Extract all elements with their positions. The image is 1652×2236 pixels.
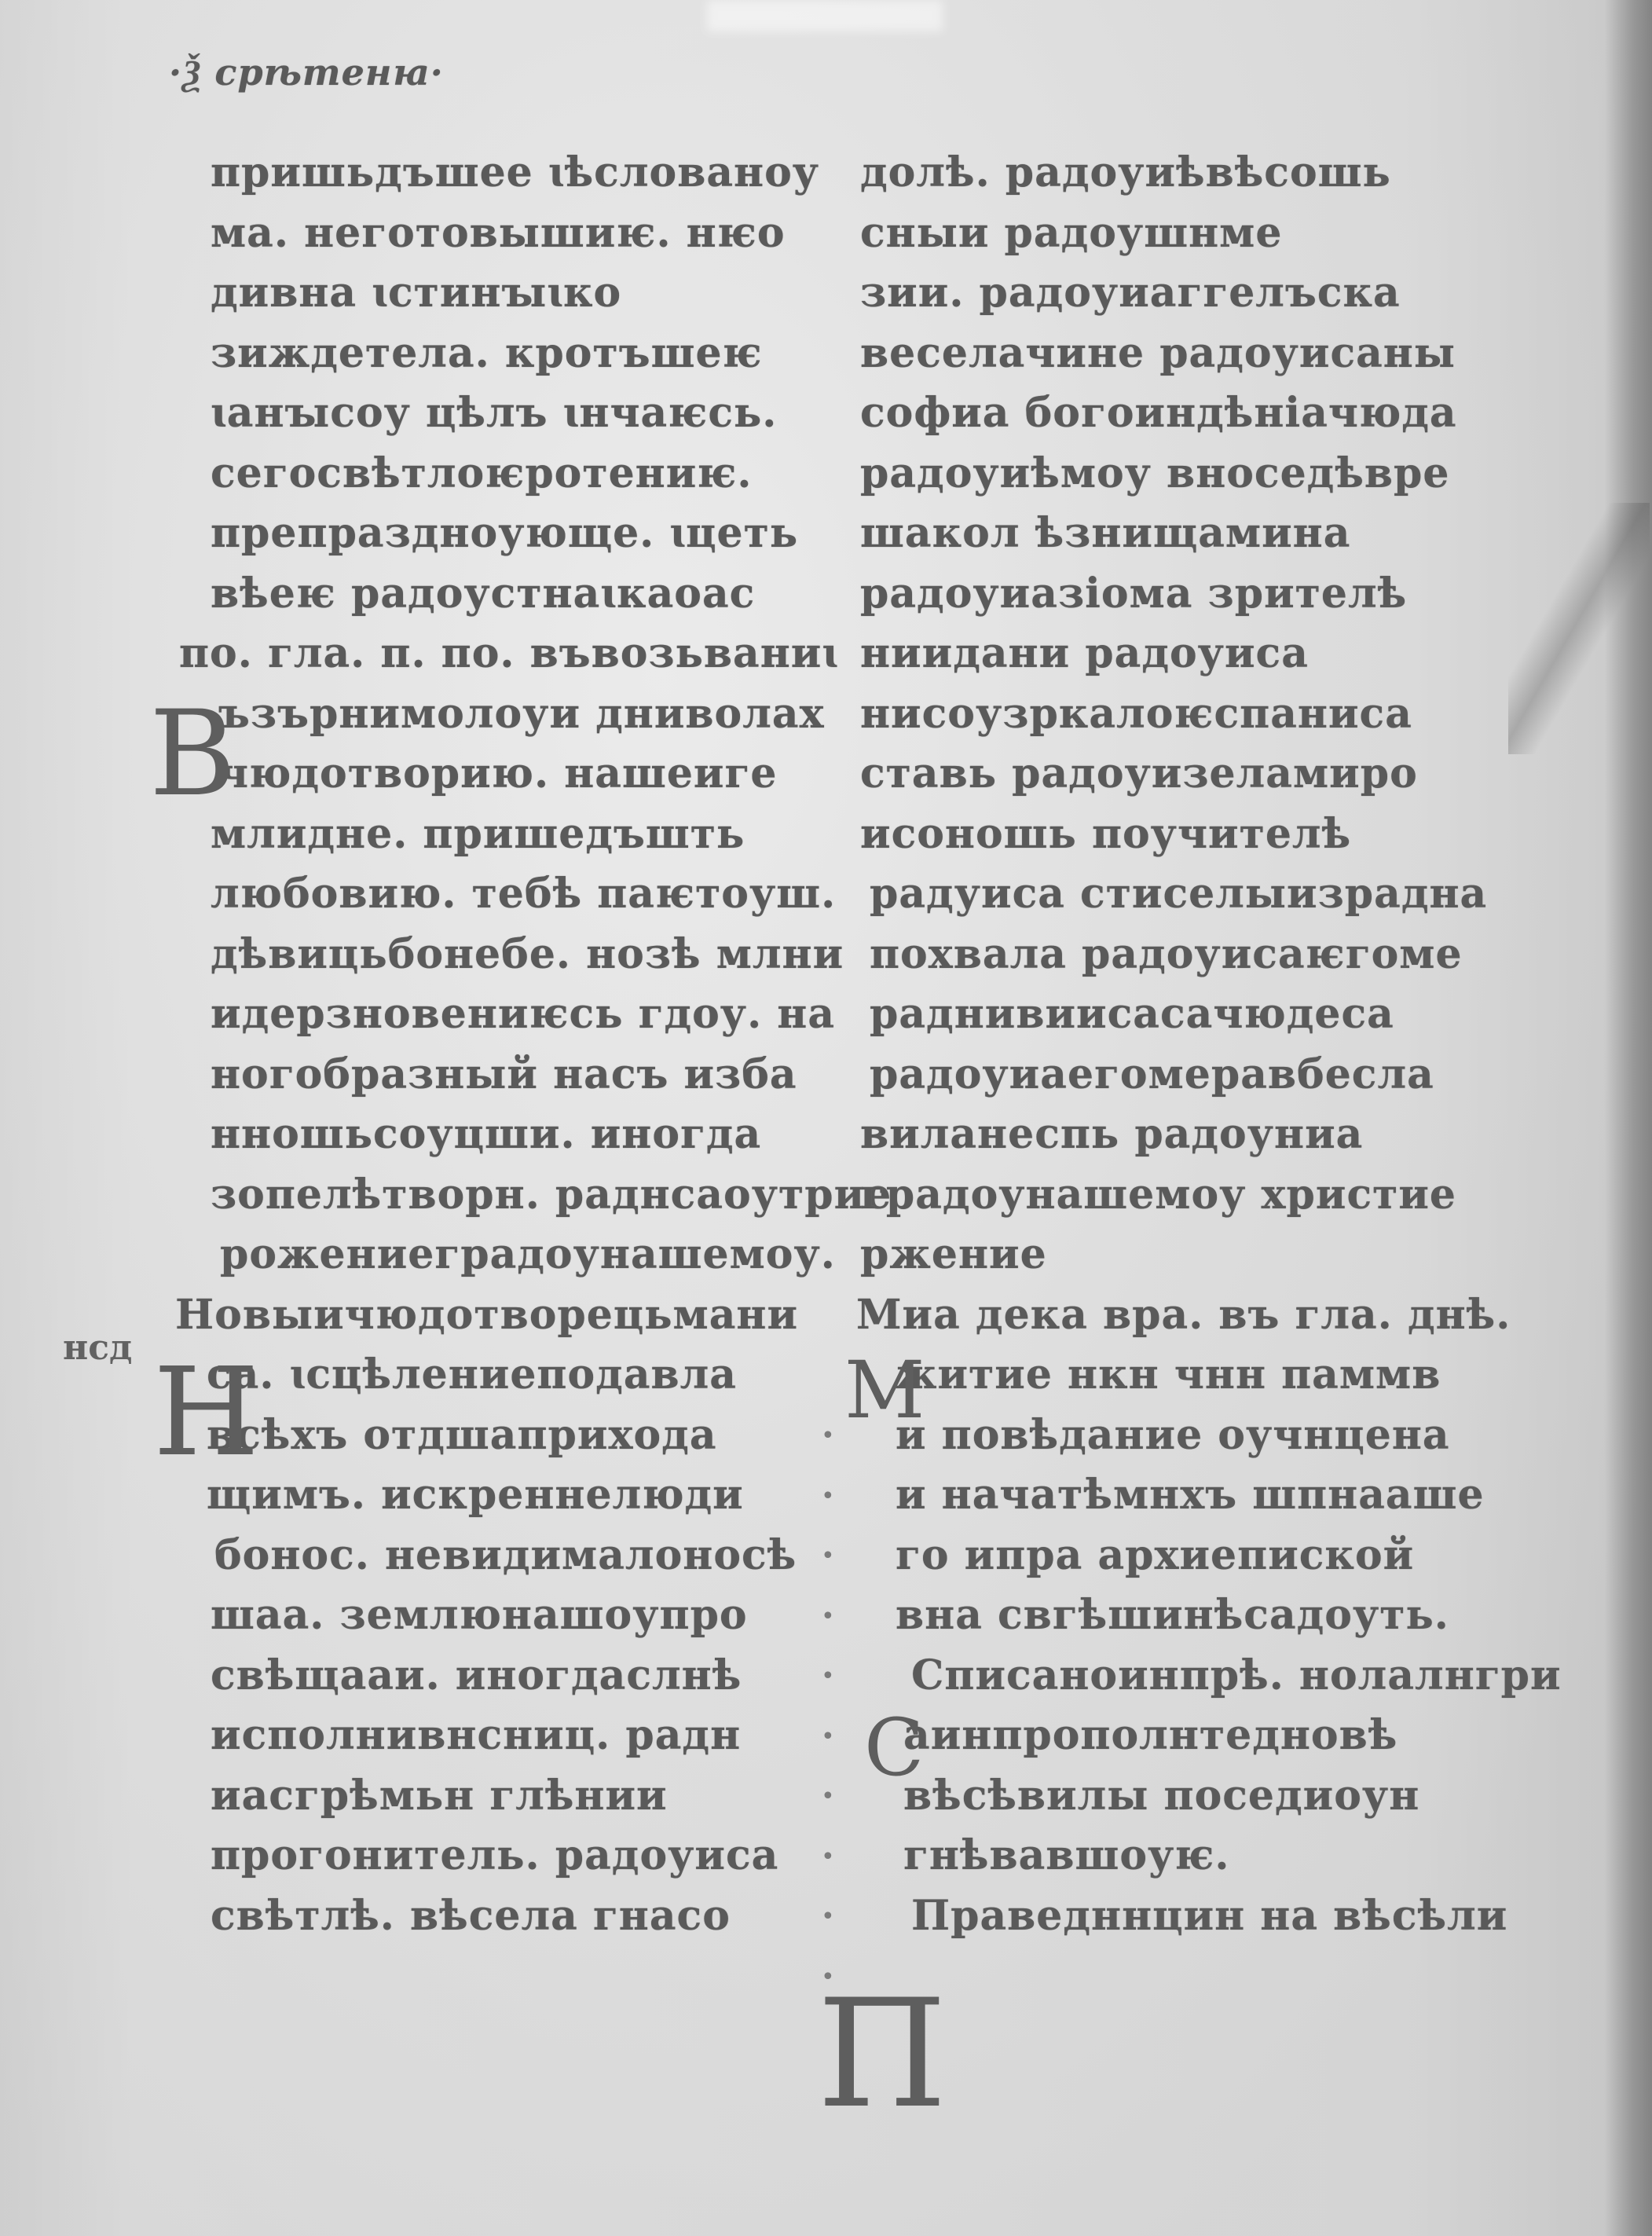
text-line: бонос. невидималоносѣ [214,1526,892,1586]
text-line: нисоузркалоѥспаниса [860,684,1562,745]
gutter-dot: • [821,1948,835,2008]
text-line: дѣвицьбонебе. нозѣ млни [211,925,892,985]
text-line: гнѣвавшоуѥ. [903,1826,1562,1886]
text-line: Миа дека вра. въ гла. днѣ. [856,1285,1562,1346]
text-line: Новыичюдотворецьмани [175,1285,892,1346]
text-line: чюдотворию. нашеиге [218,744,892,805]
drop-cap-initial: В [149,695,236,813]
text-line: шакол ѣзнищамина [860,504,1562,564]
text-line: ма. неготовышиѥ. нѥо [211,203,892,264]
gutter-dot: • [821,1707,835,1768]
text-line: ржение [860,1225,1562,1285]
text-line: ꙇанꙑсоу цѣлъ ꙇнчаѥсь. [211,383,892,444]
text-line: зопелѣтворн. раднсаоутрие [211,1165,892,1226]
manuscript-page: ·Ѯ срѣтенꙗ· пришьдъшее ꙇѣслованоу ма. не… [0,0,1652,2236]
text-line: и начатѣмнхъ шпнааше [896,1465,1562,1526]
drop-cap-initial: П [817,1980,947,2129]
text-line: софиа богоиндѣнiачюда [860,383,1562,444]
text-line: нношьсоуцши. иногда [211,1105,892,1165]
text-line: исполнивнсниц. радн [211,1706,892,1766]
text-line: млидне. пришедъшть [211,805,892,865]
text-line: и повѣдание оучнцена [896,1406,1562,1466]
text-line: са. ꙇсцѣлениеподавла [207,1345,892,1406]
text-line: житие нкн чнн паммв [896,1345,1562,1406]
text-line: любовию. тебѣ паѥтоуш. [211,864,892,925]
text-line: похвала радоуисаѥгоме [870,925,1562,985]
text-line: раднивиисасачюдеса [870,984,1562,1045]
text-line: радоуиѣмоу вноседѣвре [860,444,1562,504]
text-line: идерзновениѥсь гдоу. на [211,984,892,1045]
margin-note: нсд [63,1328,132,1368]
text-line: виланеспь радоуниа [860,1105,1562,1165]
text-line: вѣеѥ радоустнаꙇкаоас [211,564,892,625]
gutter-dot: • [821,1527,835,1587]
text-line: препраздноующе. ꙇцеть [211,504,892,564]
text-line: сныи радоушнме [860,203,1562,264]
gutter-dot: • [821,1467,835,1527]
text-line: радоуиаегомеравбесла [870,1045,1562,1105]
gutter-dot: • [821,1587,835,1648]
gutter-dot: • [821,1647,835,1707]
text-line: аинпрополнтедновѣ [903,1706,1562,1766]
text-line: долѣ. радоуиѣвѣсошь [860,143,1562,203]
text-line: ставь радоуизеламиро [860,744,1562,805]
text-line: дивна ꙇстинꙑꙇко [211,263,892,324]
text-line: исоношь поучителѣ [860,805,1562,865]
text-line: радоуиазiома зрителѣ [860,564,1562,625]
text-line: ниидани радоуиса [860,624,1562,684]
text-line: ъзърнимолоуи дниволах [218,684,892,745]
text-line: Праведннцин на вѣсѣли [911,1886,1562,1947]
drop-cap-initial: С [864,1709,925,1787]
text-line: го ипра архиепиской [896,1526,1562,1586]
gutter-dot: • [821,1887,835,1948]
drop-cap-initial: М [844,1351,925,1430]
scan-glare [707,0,943,31]
text-line: Списаноинпрѣ. нолалнгри [911,1646,1562,1706]
text-line: рожениеградоунашемоу. [220,1225,892,1285]
text-line: вна свгѣшинѣсадоуть. [896,1585,1562,1646]
text-line: сегосвѣтлоѥротениѥ. [211,444,892,504]
text-line: радуиса стиселыизрадна [870,864,1562,925]
text-line: веселачине радоуисаны [860,324,1562,384]
text-line: прогонитель. радоуиса [211,1826,892,1886]
right-column: долѣ. радоуиѣвѣсошь сныи радоушнме зии. … [860,143,1562,1946]
text-line: зиждетела. кротъшеѥ [211,324,892,384]
page-edge-shadow [1605,0,1652,2236]
text-line: по. гла. п. по. въвозьваниꙇ [179,624,892,684]
text-line: шаа. землюнашоупро [211,1585,892,1646]
text-line: свѣщааи. иногдаслнѣ [211,1646,892,1706]
text-line: градоунашемоу христие [860,1165,1562,1226]
text-line: щимъ. искреннелюди [207,1465,892,1526]
page-heading: ·Ѯ срѣтенꙗ· [169,51,444,93]
text-line: всѣхъ отдшаприхода [207,1406,892,1466]
text-line: ногобразный насъ изба [211,1045,892,1105]
gutter-markers: • • • • • • • • • • [821,1406,835,2007]
text-line: пришьдъшее ꙇѣслованоу [211,143,892,203]
drop-cap-initial: Н [153,1351,259,1473]
text-line: иасгрѣмьн глѣнии [211,1766,892,1827]
left-column: пришьдъшее ꙇѣслованоу ма. неготовышиѥ. н… [211,143,892,1946]
text-line: зии. радоуиаггелъска [860,263,1562,324]
gutter-dot: • [821,1827,835,1888]
gutter-dot: • [821,1406,835,1467]
text-line: свѣтлѣ. вѣсела гнасо [211,1886,892,1947]
text-line: вѣсѣвилы поседиоун [903,1766,1562,1827]
gutter-dot: • [821,1767,835,1827]
